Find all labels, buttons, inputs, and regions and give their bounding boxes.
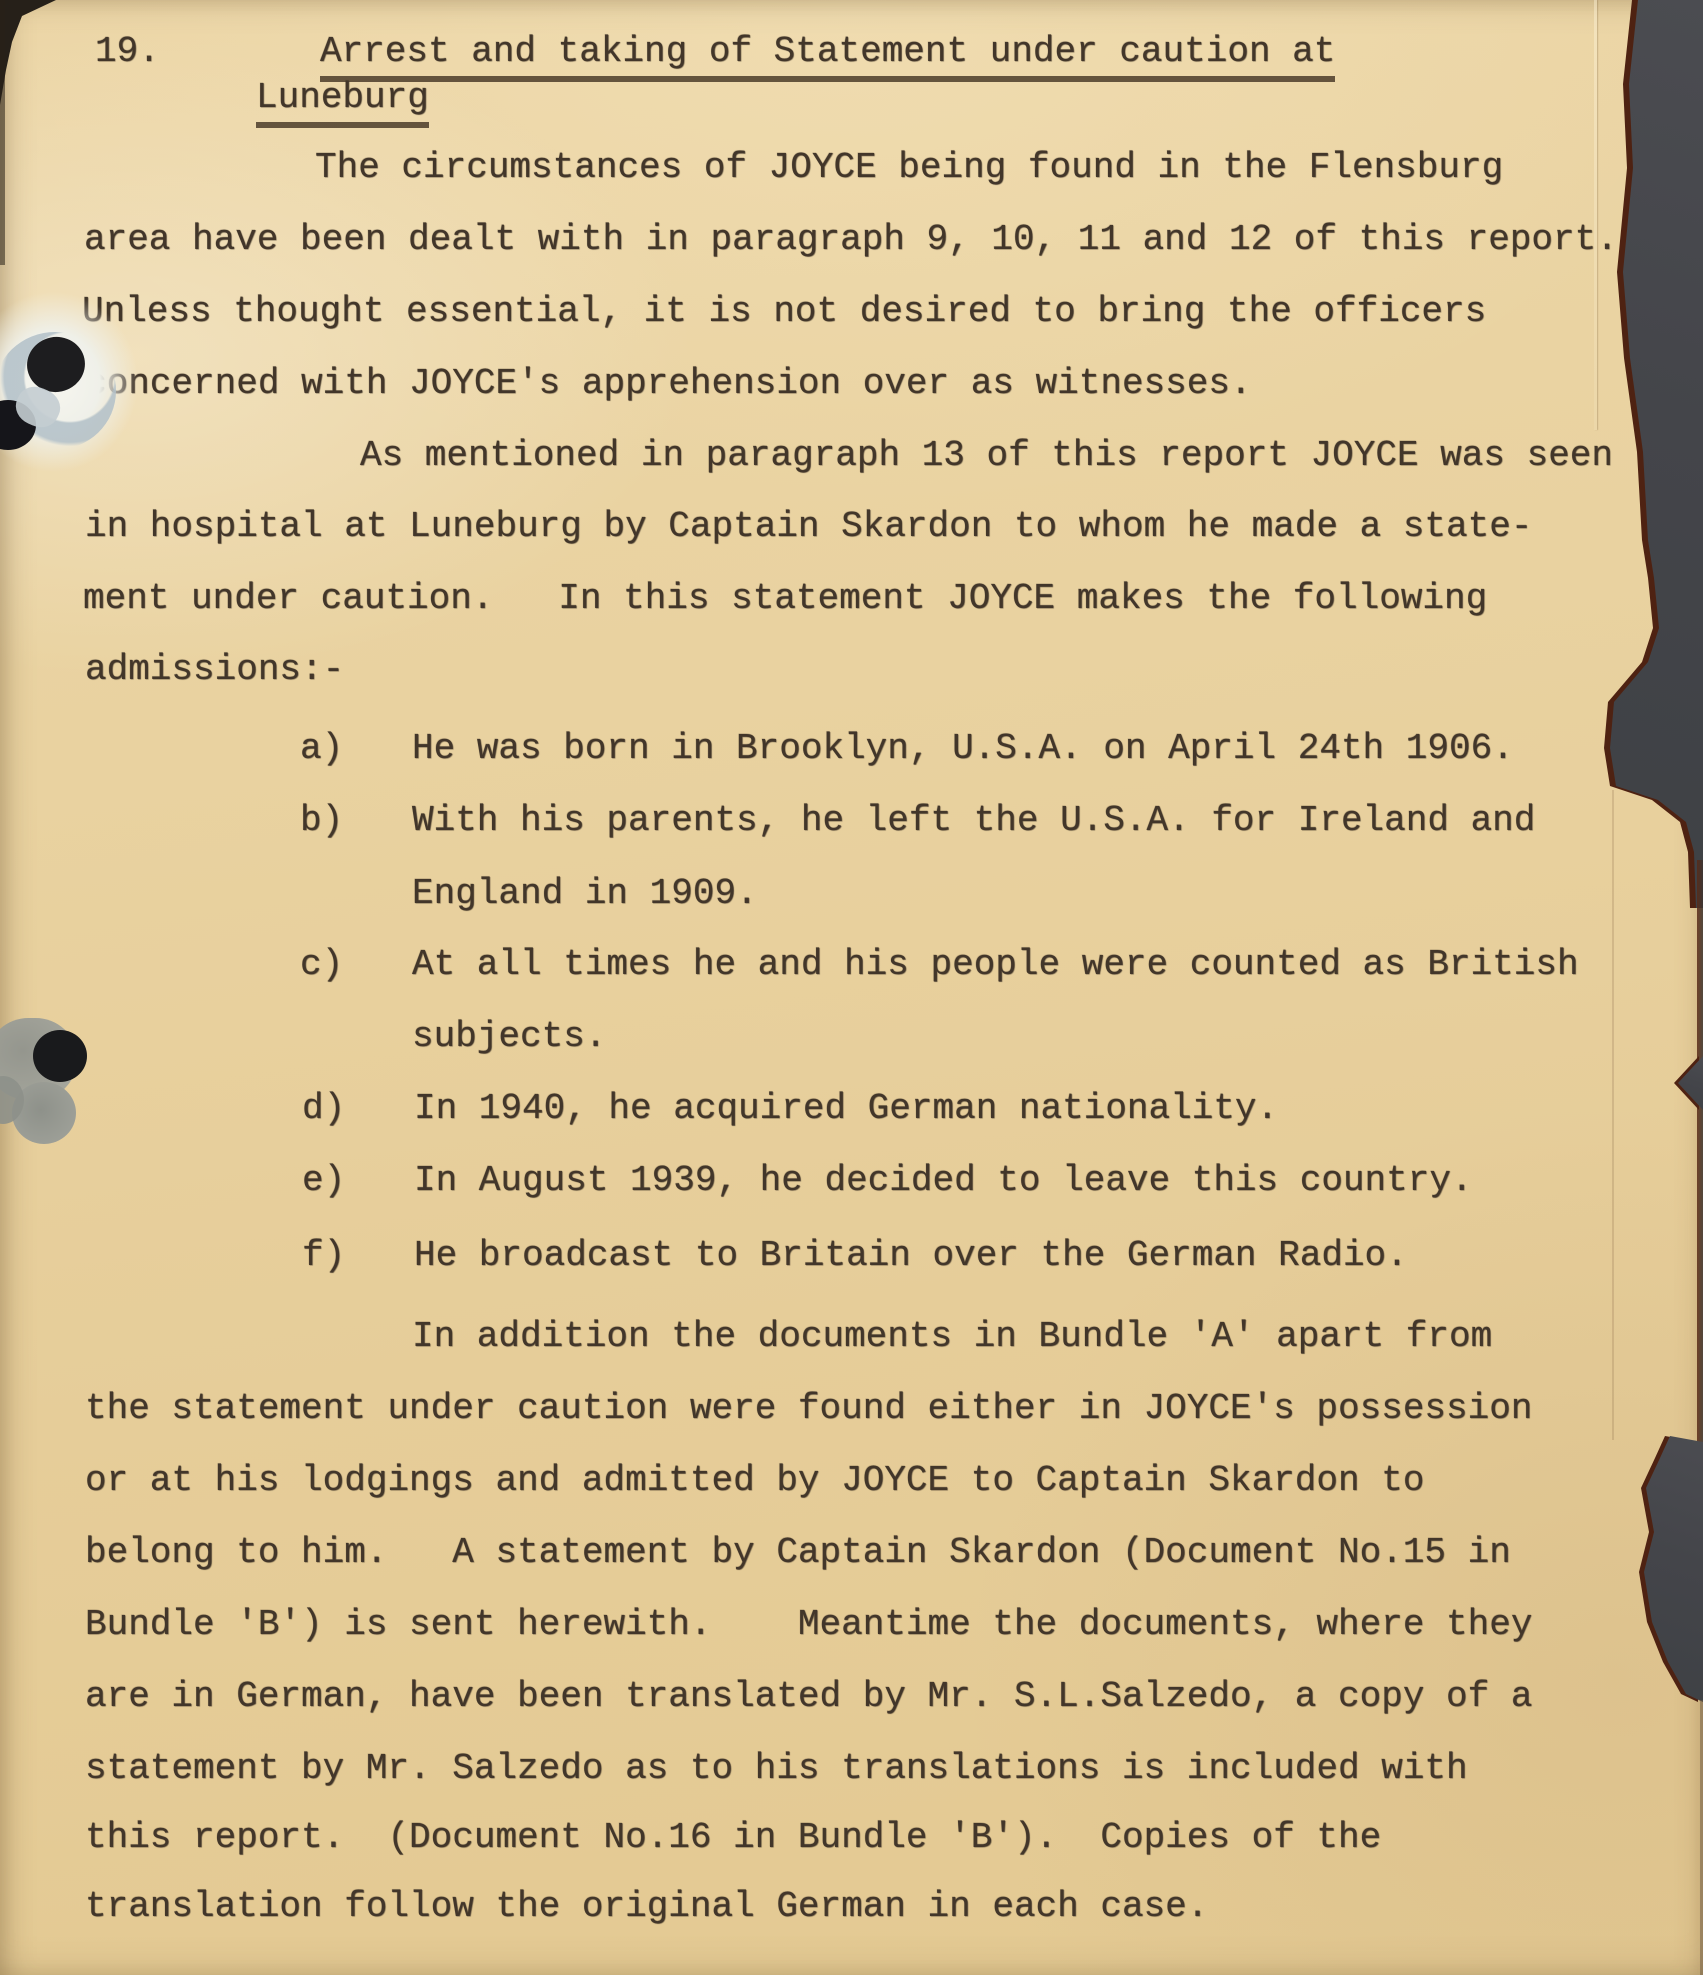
typed-line: admissions:- bbox=[85, 648, 344, 692]
admission-label-b: b) bbox=[300, 799, 343, 843]
typed-line: translation follow the original German i… bbox=[85, 1885, 1208, 1929]
typed-line: in hospital at Luneburg by Captain Skard… bbox=[85, 505, 1532, 549]
paper-crease bbox=[1594, 0, 1597, 430]
admission-label-c: c) bbox=[300, 943, 343, 987]
typed-line: At all times he and his people were coun… bbox=[412, 943, 1579, 987]
typed-line: England in 1909. bbox=[412, 872, 758, 916]
typed-line: this report. (Document No.16 in Bundle '… bbox=[85, 1816, 1381, 1860]
typed-line: Unless thought essential, it is not desi… bbox=[82, 290, 1486, 334]
typed-line: area have been dealt with in paragraph 9… bbox=[84, 218, 1618, 262]
typed-line: are in German, have been translated by M… bbox=[85, 1675, 1532, 1719]
typed-line: The circumstances of JOYCE being found i… bbox=[315, 146, 1503, 190]
typed-line: He was born in Brooklyn, U.S.A. on April… bbox=[412, 727, 1514, 771]
paper-crease bbox=[1612, 790, 1614, 1440]
admission-label-a: a) bbox=[300, 727, 343, 771]
left-edge-shadow bbox=[0, 0, 5, 265]
right-edge-shadow bbox=[1697, 860, 1703, 1450]
admission-label-e: e) bbox=[302, 1159, 345, 1203]
typed-line: the statement under caution were found e… bbox=[85, 1387, 1532, 1431]
heading-underline-1: Arrest and taking of Statement under cau… bbox=[320, 31, 1335, 82]
typed-line: belong to him. A statement by Captain Sk… bbox=[85, 1531, 1511, 1575]
admission-label-d: d) bbox=[302, 1087, 345, 1131]
punch-hole-dark bbox=[33, 1030, 87, 1082]
heading-line-2: Luneburg bbox=[256, 76, 429, 120]
typed-line: Bundle 'B') is sent herewith. Meantime t… bbox=[85, 1603, 1532, 1647]
admission-label-f: f) bbox=[302, 1234, 345, 1278]
typed-line: In August 1939, he decided to leave this… bbox=[414, 1159, 1473, 1203]
typed-line: ment under caution. In this statement JO… bbox=[83, 577, 1487, 621]
typed-line: With his parents, he left the U.S.A. for… bbox=[412, 799, 1535, 843]
typed-line: statement by Mr. Salzedo as to his trans… bbox=[85, 1747, 1468, 1791]
typed-line: In 1940, he acquired German nationality. bbox=[414, 1087, 1278, 1131]
typed-line: In addition the documents in Bundle 'A' … bbox=[412, 1315, 1492, 1359]
typed-line: subjects. bbox=[412, 1015, 606, 1059]
typed-line: concerned with JOYCE's apprehension over… bbox=[85, 362, 1252, 406]
typed-line: He broadcast to Britain over the German … bbox=[414, 1234, 1408, 1278]
typed-line: As mentioned in paragraph 13 of this rep… bbox=[360, 434, 1613, 478]
heading-underline-2: Luneburg bbox=[256, 77, 429, 128]
heading-line-1: Arrest and taking of Statement under cau… bbox=[320, 30, 1335, 74]
section-number: 19. bbox=[95, 30, 160, 74]
document-page: 19. Arrest and taking of Statement under… bbox=[0, 0, 1703, 1975]
typed-line: or at his lodgings and admitted by JOYCE… bbox=[85, 1459, 1424, 1503]
